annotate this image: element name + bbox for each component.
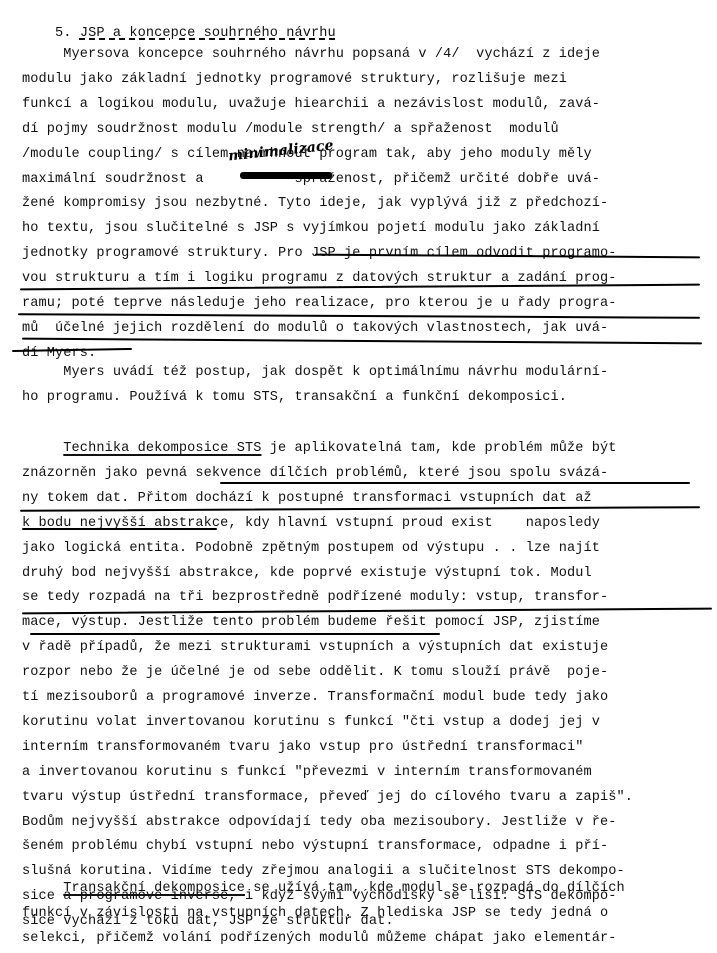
underlined-term: Technika dekomposice STS (63, 441, 261, 456)
text-line: žené kompromisy jsou nezbytné. Tyto idej… (22, 197, 608, 211)
text-line: ramu; poté teprve následuje jeho realiza… (22, 297, 617, 311)
text-line: Technika dekomposice STS je aplikovateln… (22, 442, 617, 456)
text-line: funkcí a logikou modulu, uvažuje hiearch… (22, 98, 600, 112)
text-line: selekci, přičemž volání podřízených modu… (22, 932, 617, 946)
text-line: ho textu, jsou slučitelné s JSP s vyjímk… (22, 222, 600, 236)
text-line: v řadě případů, že mezi strukturami vstu… (22, 641, 608, 655)
section-number: 5. (55, 26, 72, 41)
pen-underline (20, 506, 700, 512)
text-line: druhý bod nejvyšší abstrakce, kde poprvé… (22, 567, 592, 581)
text-line: tvaru výstup ústřední transformace, přev… (22, 791, 633, 805)
text-line: rozpor nebo že je účelné je od sebe oddě… (22, 666, 608, 680)
text-line: se tedy rozpadá na tři bezprostředně pod… (22, 591, 608, 605)
text-line: Myersova koncepce souhrného návrhu popsa… (22, 48, 600, 62)
text-line: Transakční dekomposice se užívá tam, kde… (22, 882, 625, 896)
scanned-document-page: 5. JSP a koncepce souhrného návrhu Myers… (0, 0, 717, 953)
text-line: a invertovanou korutinu s funkcí "převez… (22, 766, 592, 780)
text-line: znázorněn jako pevná sekvence dílčích pr… (22, 467, 608, 481)
text-line: korutinu volat invertovanou korutinu s f… (22, 716, 600, 730)
text-line: mů účelné jejich rozdělení do modulů o t… (22, 322, 608, 336)
text-line: jako logická entita. Podobně zpětným pos… (22, 542, 600, 556)
section-title: JSP a koncepce souhrného návrhu (80, 26, 336, 41)
text-line: dí pojmy soudržnost modulu /module stren… (22, 123, 559, 137)
text-line: Bodům nejvyšší abstrakce odpovídají tedy… (22, 816, 617, 830)
pen-underline (220, 482, 690, 484)
text-line: slušná korutina. Vidíme tedy zřejmou ana… (22, 865, 625, 879)
text-line: funkcí v závislosti na vstupních datech.… (22, 907, 608, 921)
pen-underline (22, 528, 217, 530)
pen-underline (30, 633, 440, 635)
text-line: mace, výstup. Jestliže tento problém bud… (22, 616, 600, 630)
pen-underline (18, 313, 700, 319)
text-line: Myers uvádí též postup, jak dospět k opt… (22, 366, 608, 380)
text-line: ny tokem dat. Přitom dochází k postupné … (22, 492, 592, 506)
text-line: šeném problému chybí vstupní nebo výstup… (22, 840, 608, 854)
text-line: interním transformovaném tvaru jako vstu… (22, 741, 584, 755)
pen-underline (22, 338, 702, 345)
text-line: ho programu. Používá k tomu STS, transak… (22, 391, 567, 405)
text-line: vou strukturu a tím i logiku programu z … (22, 272, 617, 286)
struck-out-word (240, 172, 332, 179)
text-line: tí mezisouborů a programové inverze. Tra… (22, 691, 608, 705)
text-line: modulu jako základní jednotky programové… (22, 73, 567, 87)
underlined-term: Transakční dekomposice (63, 881, 245, 896)
pen-underline (22, 608, 712, 615)
